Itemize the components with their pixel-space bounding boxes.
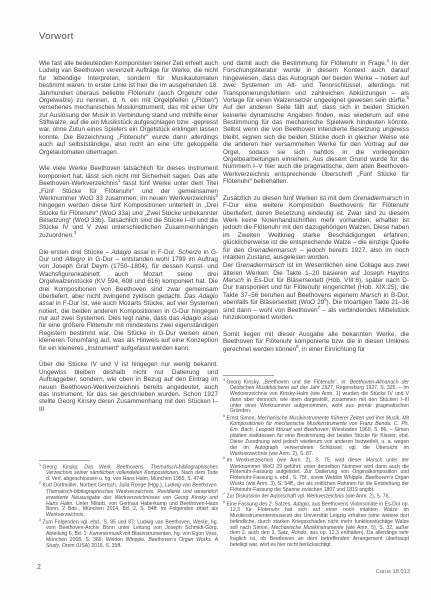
footnote-reference: 5 (407, 95, 409, 100)
footnote: 6Im Werkverzeichnis (wie Anm. 2), S. 75,… (223, 458, 409, 494)
right-footnote-block: 4Georg Kinsky, „Beethoven und die Flöten… (223, 375, 409, 550)
paragraph: Die ersten drei Stücke – Adagio assai in… (39, 249, 218, 352)
paragraph: Wie viele Werke Beethoven tatsächlich fü… (39, 165, 218, 239)
footnote-reference: 8 (296, 343, 298, 348)
footnote-text: Zum Folgenden vgl. ebd., S. 85 und 87; L… (43, 519, 218, 548)
footnote-divider (39, 460, 90, 461)
footnote-reference: 4 (387, 58, 389, 63)
paragraph: Zusätzlich zu diesen fünf Werken ist mit… (223, 195, 409, 261)
paragraph: Über die Stücke IV und V ist hingegen nu… (39, 361, 218, 413)
footnote-reference: 2 (216, 193, 218, 198)
footnote-reference: 7 (318, 304, 320, 309)
footnote-text: Zur Diskussion der Autorschaft vgl. Werk… (227, 494, 390, 500)
right-footnotes: 4Georg Kinsky, „Beethoven und die Flöten… (223, 380, 409, 549)
paragraph: Somit liegen mit dieser Ausgabe alle bek… (223, 331, 409, 353)
footnote: 7Zur Diskussion der Autorschaft vgl. Wer… (223, 494, 409, 501)
footnote: 3Zum Folgenden vgl. ebd., S. 85 und 87; … (39, 520, 218, 550)
footnote-divider (223, 375, 274, 376)
footnote-text: Kurt Dorfmüller, Norbert Gertsch, Julia … (43, 483, 218, 518)
footnote: 1Georg Kinsky, Das Werk Beethovens. Them… (39, 465, 218, 483)
page-number: 2 (37, 564, 41, 571)
catalog-number: Carus 18.013 (376, 569, 410, 575)
left-footnote-block: 1Georg Kinsky, Das Werk Beethovens. Them… (39, 460, 218, 550)
document-page: Vorwort Wie fast alle bedeutenden Kompon… (0, 0, 431, 600)
footnote-text: Ernst Simon, Mechanische Musikinstrument… (227, 416, 409, 457)
footnote-number: 5 (223, 414, 225, 418)
left-footnotes: 1Georg Kinsky, Das Werk Beethovens. Them… (39, 465, 218, 550)
footnote-reference: 1 (118, 178, 120, 183)
footnote: 5Ernst Simon, Mechanische Musikinstrumen… (223, 416, 409, 458)
footnote-number: 1 (39, 463, 41, 467)
right-column: und damit auch die Bestimmung für Flöten… (223, 60, 409, 362)
page-title: Vorwort (39, 31, 74, 42)
footnote: 2Kurt Dorfmüller, Norbert Gertsch, Julia… (39, 483, 218, 519)
footnote-number: 2 (39, 481, 41, 485)
footnote-reference: 6 (324, 297, 326, 302)
footnote-number: 6 (223, 456, 225, 460)
footnote-text: Georg Kinsky, Das Werk Beethovens. Thema… (43, 464, 218, 482)
footnote-number: 7 (223, 492, 225, 496)
paragraph: und damit auch die Bestimmung für Flöten… (223, 60, 409, 185)
footnote: 4Georg Kinsky, „Beethoven und die Flöten… (223, 380, 409, 416)
footnote: 8Eine Fassung des 2. Satzes, Adagio, aus… (223, 502, 409, 549)
footnote-number: 8 (223, 500, 225, 504)
footnote-number: 3 (39, 518, 41, 522)
footnote-reference: 3 (74, 230, 76, 235)
paragraph: Der Grenadiermarsch ist im Wesentlichen … (223, 262, 409, 321)
footnote-text: Im Werkverzeichnis (wie Anm. 2), S. 75, … (227, 458, 409, 493)
footnote-text: Eine Fassung des 2. Satzes, Adagio, aus … (227, 501, 409, 548)
paragraph: Wie fast alle bedeutenden Komponisten se… (39, 60, 218, 156)
footnote-number: 4 (223, 378, 225, 382)
left-column: Wie fast alle bedeutenden Komponisten se… (39, 60, 218, 423)
footnote-text: Georg Kinsky, „Beethoven und die Flötenu… (227, 379, 409, 414)
